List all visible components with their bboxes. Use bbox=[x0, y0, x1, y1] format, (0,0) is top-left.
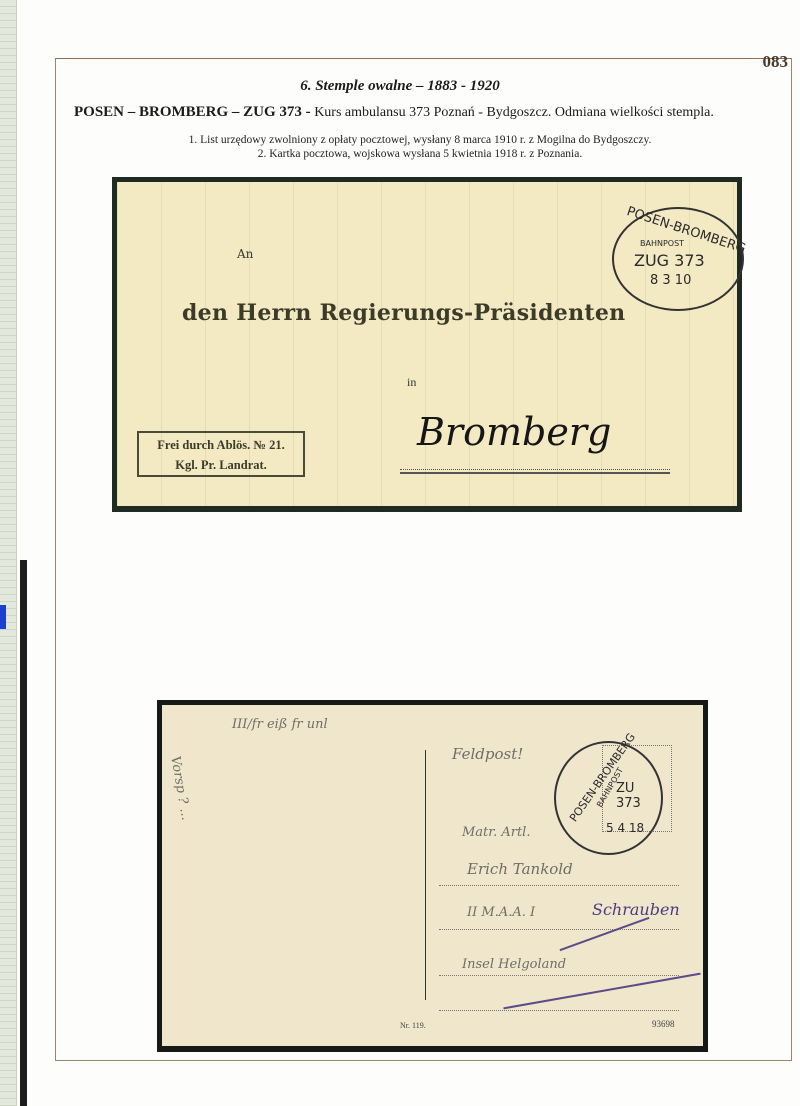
address-line bbox=[439, 975, 679, 976]
hw-addr2: Erich Tankold bbox=[467, 860, 573, 878]
cover-an: An bbox=[237, 247, 253, 261]
item-notes: 1. List urzędowy zwolniony z opłaty pocz… bbox=[0, 133, 800, 161]
postmark-zug: ZU 373 bbox=[616, 781, 661, 811]
page-subtitle: POSEN – BROMBERG – ZUG 373 - Kurs ambula… bbox=[74, 104, 714, 121]
cover-addressee: den Herrn Regierungs-Präsidenten bbox=[182, 300, 625, 326]
frei-line-2: Kgl. Pr. Landrat. bbox=[139, 455, 303, 475]
note-2: 2. Kartka pocztowa, wojskowa wysłana 5 k… bbox=[0, 147, 800, 161]
postmark-zug: ZUG 373 bbox=[634, 251, 705, 270]
postcard-postmark: POSEN-BROMBERG BAHNPOST ZU 373 5 4 18 bbox=[554, 741, 663, 855]
address-line bbox=[439, 885, 679, 886]
binder-strip bbox=[0, 0, 17, 1106]
address-line bbox=[439, 929, 679, 930]
section-heading: 6. Stemple owalne – 1883 - 1920 bbox=[0, 78, 800, 95]
postcard-image: III/fr eiß fr unl Vorsp ? ... Feldpost! … bbox=[157, 700, 708, 1052]
purple-stroke bbox=[503, 973, 700, 1010]
message-line: III/fr eiß fr unl bbox=[232, 717, 328, 732]
postmark-date: 5 4 18 bbox=[606, 821, 644, 835]
message-line: Vorsp ? ... bbox=[167, 755, 193, 821]
postcard-nr: Nr. 119. bbox=[400, 1021, 426, 1030]
postmark-middle: BAHNPOST bbox=[640, 239, 684, 248]
cover-letter-image: An den Herrn Regierungs-Präsidenten in B… bbox=[112, 177, 742, 512]
cover-in: in bbox=[407, 375, 416, 390]
purple-stroke bbox=[560, 917, 650, 951]
cover-city: Bromberg bbox=[417, 410, 611, 454]
postcard-divider bbox=[425, 750, 426, 1000]
address-line bbox=[439, 1010, 679, 1011]
frei-box: Frei durch Ablös. № 21. Kgl. Pr. Landrat… bbox=[137, 431, 305, 477]
hw-header: Feldpost! bbox=[452, 745, 523, 763]
hw-addr1: Matr. Artl. bbox=[462, 825, 530, 840]
postcard-serial: 93698 bbox=[652, 1019, 675, 1029]
binder-marker bbox=[0, 605, 6, 629]
postmark-date: 8 3 10 bbox=[650, 273, 691, 288]
subtitle-rest: Kurs ambulansu 373 Poznań - Bydgoszcz. O… bbox=[311, 105, 714, 120]
oval-postmark: POSEN-BROMBERG BAHNPOST ZUG 373 8 3 10 bbox=[612, 207, 744, 311]
hw-purple: Schrauben bbox=[592, 900, 680, 919]
hw-addr4: Insel Helgoland bbox=[462, 957, 566, 972]
note-1: 1. List urzędowy zwolniony z opłaty pocz… bbox=[0, 133, 800, 147]
subtitle-bold: POSEN – BROMBERG – ZUG 373 - bbox=[74, 104, 311, 120]
binder-edge bbox=[20, 560, 27, 1106]
city-underline bbox=[400, 469, 670, 474]
postmark-top: POSEN-BROMBERG bbox=[625, 204, 748, 257]
page-number: 083 bbox=[763, 52, 789, 72]
frei-line-1: Frei durch Ablös. № 21. bbox=[139, 435, 303, 455]
hw-addr3: II M.A.A. I bbox=[467, 905, 535, 920]
